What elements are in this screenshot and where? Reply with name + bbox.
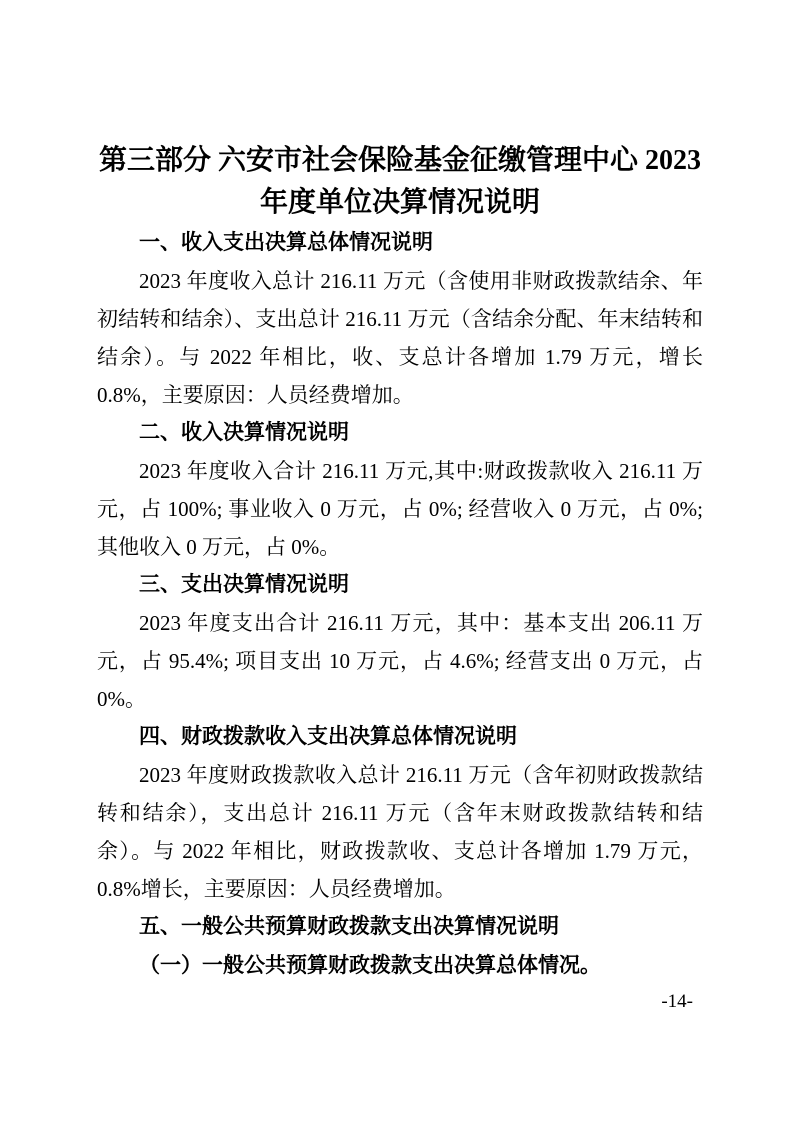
section-paragraph-expenditure-accounts: 2023 年度支出合计 216.11 万元，其中：基本支出 206.11 万元，… bbox=[97, 604, 703, 718]
document-page: 第三部分 六安市社会保险基金征缴管理中心 2023 年度单位决算情况说明 一、收… bbox=[0, 0, 793, 1122]
section-paragraph-income-accounts: 2023 年度收入合计 216.11 万元,其中:财政拨款收入 216.11 万… bbox=[97, 452, 703, 566]
section-heading-income-expenditure-overview: 一、收入支出决算总体情况说明 bbox=[97, 224, 703, 262]
section-heading-general-public-budget-expenditure: 五、一般公共预算财政拨款支出决算情况说明 bbox=[97, 908, 703, 946]
section-paragraph-fiscal-appropriation-overview: 2023 年度财政拨款收入总计 216.11 万元（含年初财政拨款结转和结余），… bbox=[97, 756, 703, 908]
document-content: 第三部分 六安市社会保险基金征缴管理中心 2023 年度单位决算情况说明 一、收… bbox=[97, 0, 703, 984]
section-heading-fiscal-appropriation-overview: 四、财政拨款收入支出决算总体情况说明 bbox=[97, 718, 703, 756]
section-paragraph-income-expenditure-overview: 2023 年度收入总计 216.11 万元（含使用非财政拨款结余、年初结转和结余… bbox=[97, 262, 703, 414]
section-subheading-general-public-budget-overall: （一）一般公共预算财政拨款支出决算总体情况。 bbox=[97, 946, 703, 984]
section-heading-expenditure-accounts: 三、支出决算情况说明 bbox=[97, 566, 703, 604]
section-heading-income-accounts: 二、收入决算情况说明 bbox=[97, 414, 703, 452]
document-title: 第三部分 六安市社会保险基金征缴管理中心 2023 年度单位决算情况说明 bbox=[97, 140, 703, 224]
page-number: -14- bbox=[661, 991, 693, 1013]
